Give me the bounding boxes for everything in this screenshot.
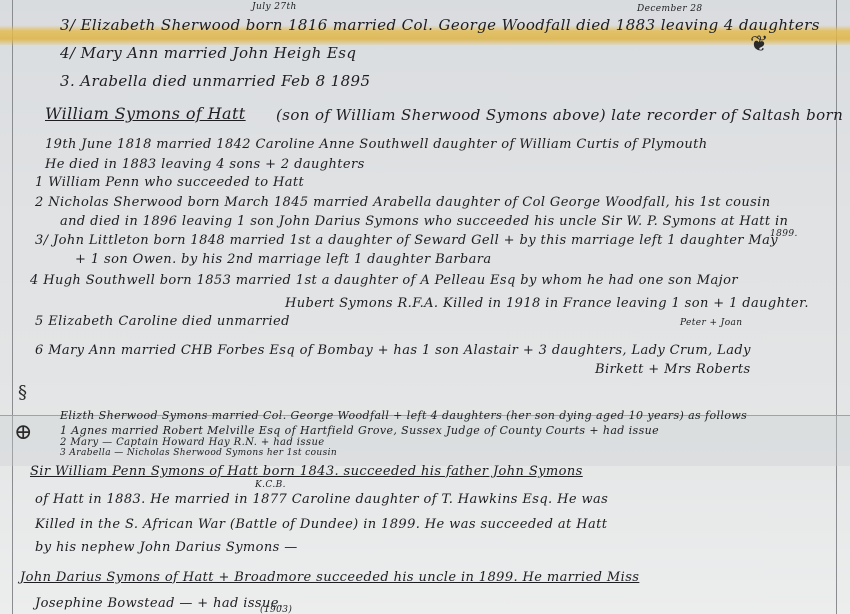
entry-line: 4 Hugh Southwell born 1853 married 1st a… (30, 273, 738, 288)
entry-line: He died in 1883 leaving 4 sons + 2 daugh… (45, 157, 365, 172)
date-annotation: July 27th (252, 2, 297, 12)
entry-line: 6 Mary Ann married CHB Forbes Esq of Bom… (35, 343, 751, 358)
entry-line: 3/ Elizabeth Sherwood born 1816 married … (60, 16, 820, 34)
entry-line: Hubert Symons R.F.A. Killed in 1918 in F… (285, 296, 809, 311)
section-heading: John Darius Symons of Hatt + Broadmore s… (20, 570, 639, 585)
page-margin-right (836, 0, 837, 614)
date-annotation: December 28 (637, 4, 703, 14)
crest-stamp-icon: ⊕ (14, 420, 32, 445)
entry-line: 19th June 1818 married 1842 Caroline Ann… (45, 137, 708, 152)
entry-line: by his nephew John Darius Symons — (35, 540, 298, 555)
entry-line: 3 Arabella — Nicholas Sherwood Symons he… (60, 448, 337, 458)
entry-line: Josephine Bowstead — + had issue. (35, 596, 283, 611)
entry-line: of Hatt in 1883. He married in 1877 Caro… (35, 492, 608, 507)
entry-line: 4/ Mary Ann married John Heigh Esq (60, 44, 356, 62)
entry-line: 2 Nicholas Sherwood born March 1845 marr… (35, 195, 771, 210)
entry-line: + 1 son Owen. by his 2nd marriage left 1… (75, 252, 492, 267)
page-margin-left (12, 0, 13, 614)
entry-line: Peter + Joan (680, 318, 742, 328)
entry-line: 3. Arabella died unmarried Feb 8 1895 (60, 72, 370, 90)
entry-line: Elizth Sherwood Symons married Col. Geor… (60, 409, 747, 422)
section-heading: Sir William Penn Symons of Hatt born 184… (30, 464, 583, 479)
section-heading: William Symons of Hatt (45, 104, 246, 123)
entry-line: (son of William Sherwood Symons above) l… (276, 106, 843, 124)
entry-line: and died in 1896 leaving 1 son John Dari… (60, 214, 788, 229)
entry-line: K.C.B. (255, 480, 286, 490)
entry-line: 5 Elizabeth Caroline died unmarried (35, 314, 290, 329)
crest-stamp-icon: ❦ (750, 32, 768, 57)
entry-line: Killed in the S. African War (Battle of … (35, 517, 607, 532)
entry-line: 2 Mary — Captain Howard Hay R.N. + had i… (60, 437, 325, 448)
entry-line: 3/ John Littleton born 1848 married 1st … (35, 233, 778, 248)
monogram-icon: § (18, 382, 27, 403)
entry-line: 1 Agnes married Robert Melville Esq of H… (60, 424, 659, 437)
entry-line: (1903) (260, 605, 292, 614)
entry-line: 1 William Penn who succeeded to Hatt (35, 175, 304, 190)
entry-line: Birkett + Mrs Roberts (595, 362, 751, 377)
